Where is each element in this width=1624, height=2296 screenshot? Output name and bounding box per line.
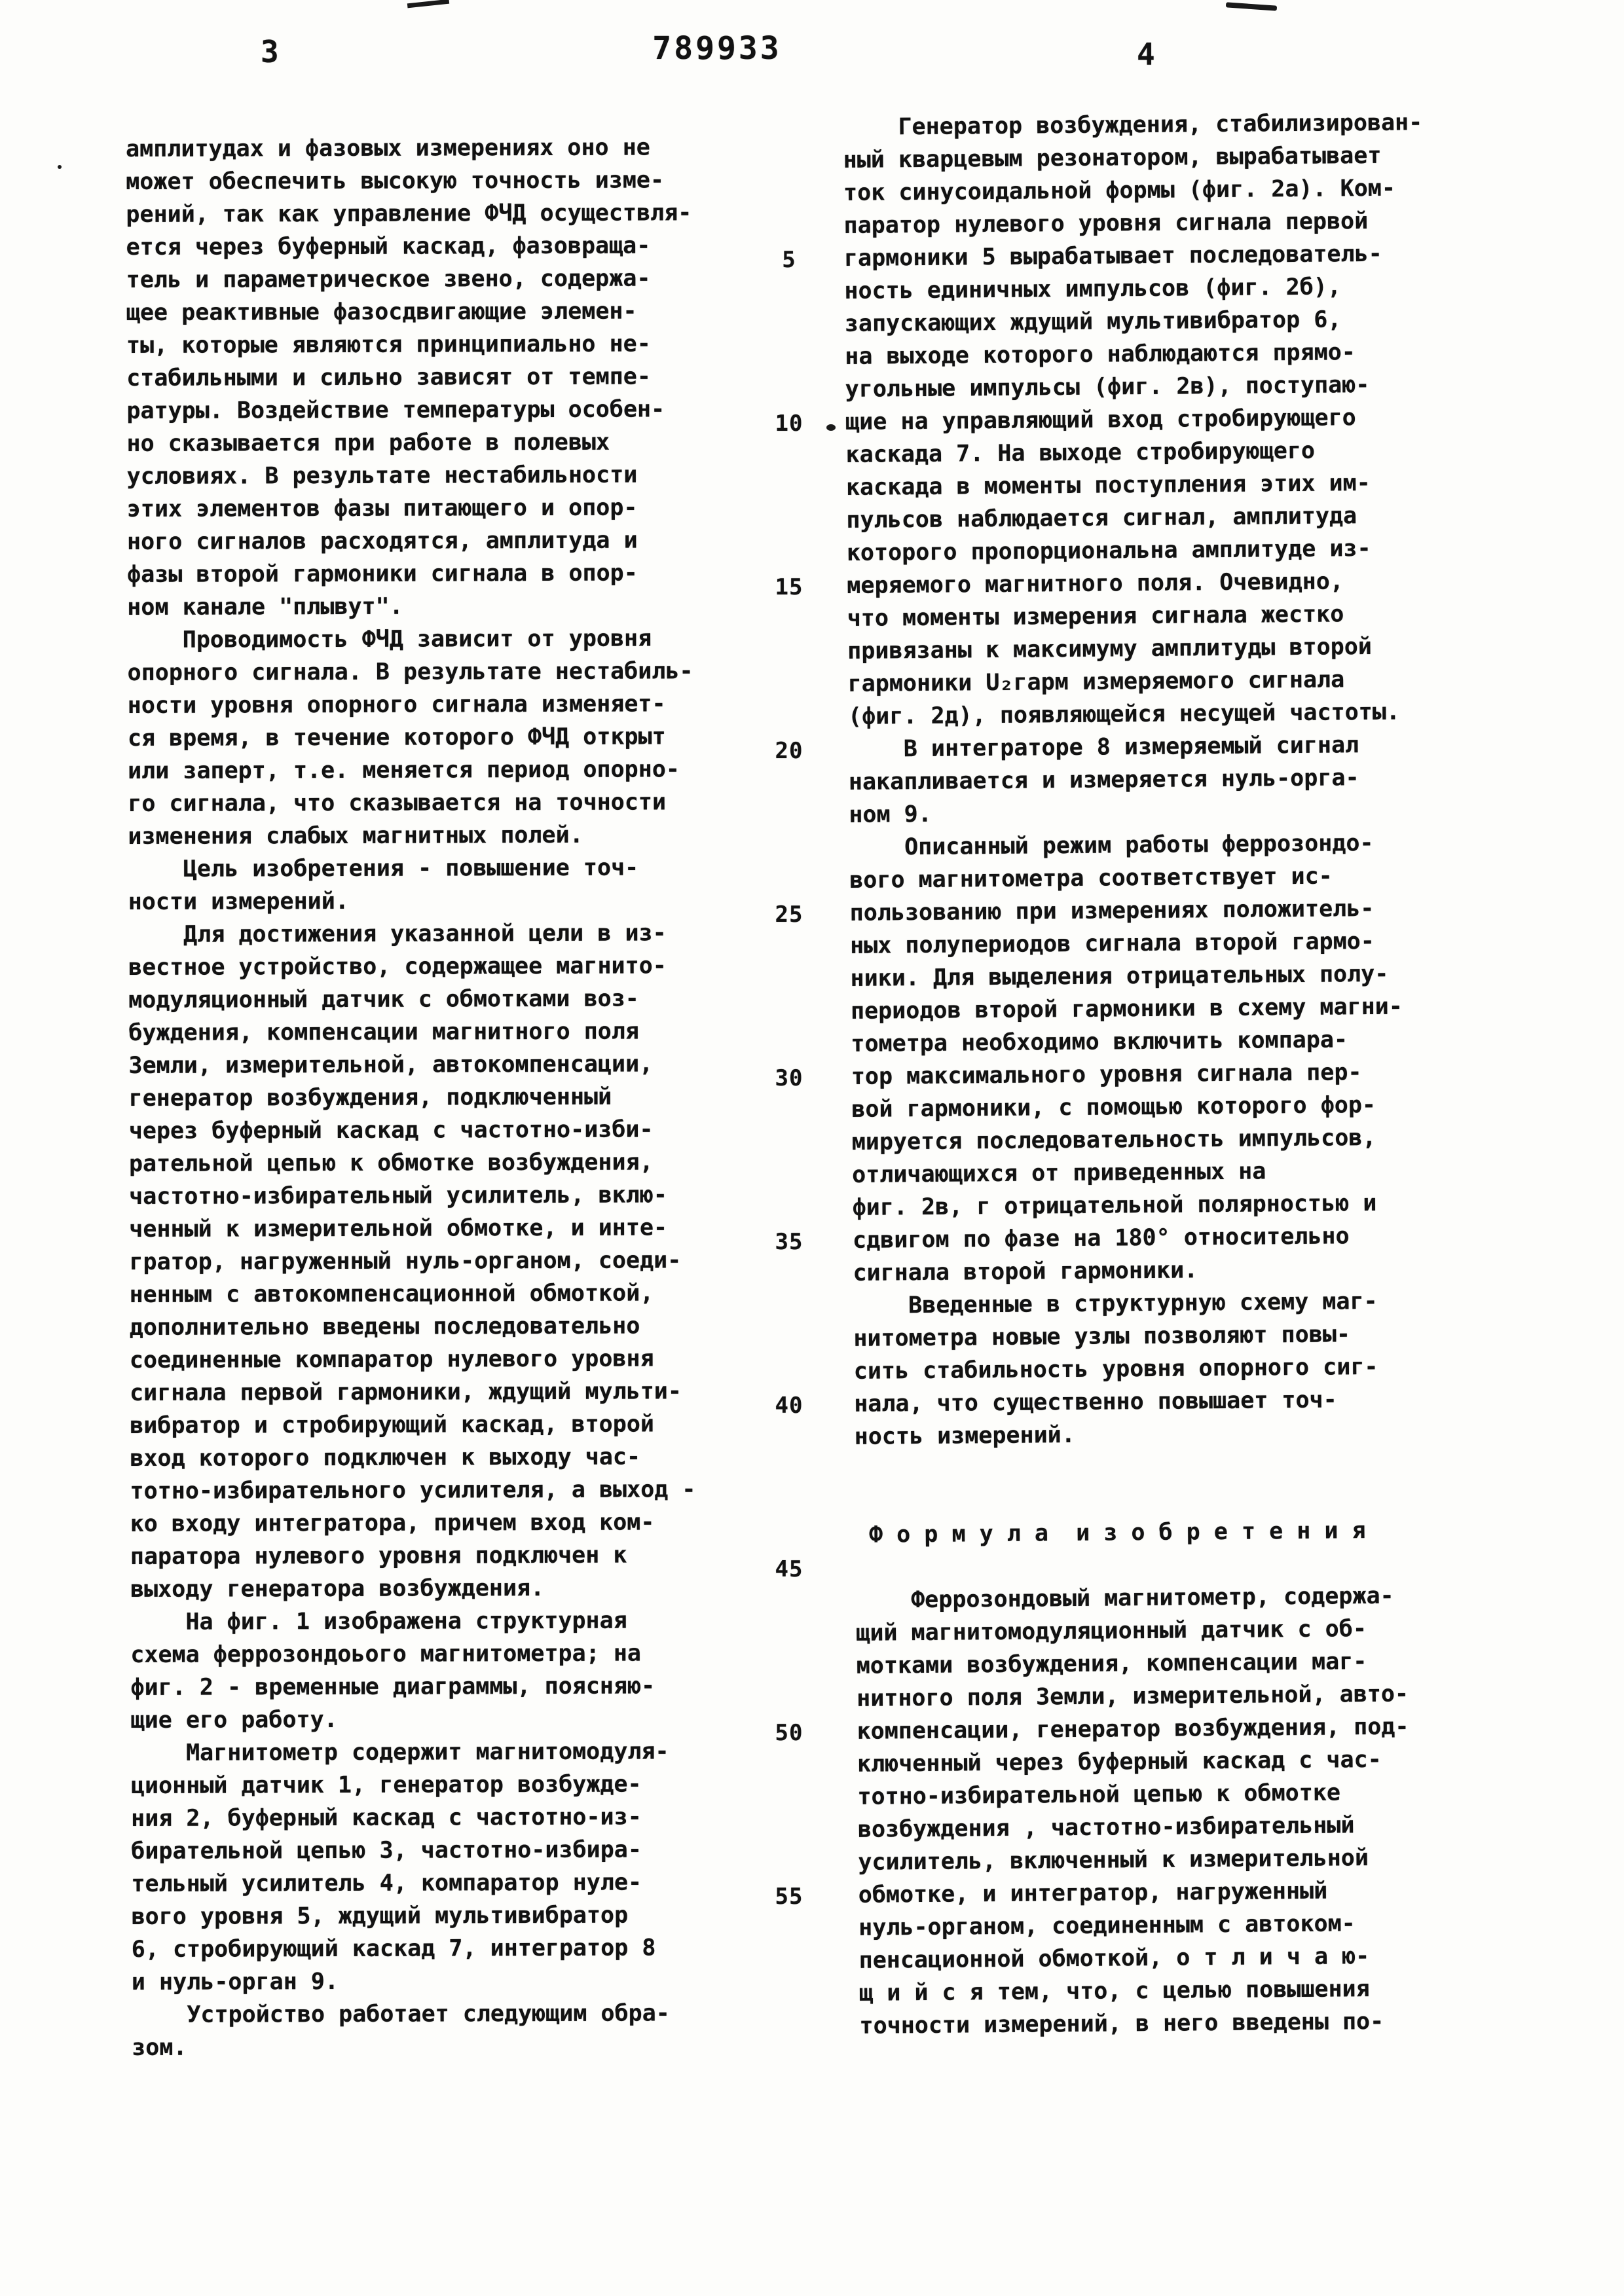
text-line: 6, стробирующий каскад 7, интегратор 8: [132, 1931, 747, 1966]
line-number-marker: 10: [753, 410, 825, 437]
text-line: ся время, в течение которого ФЧД открыт: [128, 720, 743, 755]
text-line: рений, так как управление ФЧД осуществля…: [126, 196, 741, 231]
text-line: тельный усилитель 4, компаратор нуле-: [131, 1866, 747, 1901]
text-line: ном канале "плывут".: [127, 589, 743, 624]
scan-artifact: [1226, 2, 1277, 10]
text-line: фиг. 2в, г отрицательной полярностью и: [852, 1186, 1507, 1224]
text-line: тор максимального уровня сигнала пер-: [851, 1055, 1506, 1093]
line-number-marker: 50: [753, 1720, 825, 1746]
text-line: условиях. В результате нестабильности: [127, 458, 743, 493]
gutter-line-numbers: 510152025303540455055: [753, 0, 825, 2296]
text-line: и нуль-орган 9.: [132, 1964, 747, 1999]
text-line: вой гармоники, с помощью которого фор-: [851, 1087, 1506, 1126]
text-line: ненным с автокомпенсационной обмоткой,: [129, 1277, 745, 1311]
text-line: нала, что существенно повышает точ-: [854, 1382, 1509, 1421]
text-line: Земли, измерительной, автокомпенсации,: [128, 1048, 744, 1082]
text-line: сить стабильность уровня опорного сиг-: [854, 1349, 1509, 1388]
text-line: тометра необходимо включить компара-: [851, 1022, 1505, 1061]
text-line: Ф о р м у л а и з о б р е т е н и я: [855, 1513, 1510, 1552]
line-number-marker: 20: [753, 738, 825, 764]
text-line: ности измерений.: [128, 884, 744, 919]
text-line: ность единичных импульсов (фиг. 2б),: [844, 269, 1499, 308]
text-line: Устройство работает следующим обра-: [132, 1997, 747, 2032]
text-line: ный кварцевым резонатором, вырабатывает: [843, 138, 1498, 177]
text-line: привязаны к максимуму амплитуды второй: [847, 629, 1502, 668]
line-number-marker: 55: [753, 1884, 825, 1910]
text-line: нуль-органом, соединенным с автоком-: [858, 1906, 1513, 1944]
text-line: Цель изобретения - повышение точ-: [128, 851, 743, 886]
text-line: [855, 1546, 1510, 1584]
text-line: рательной цепью к обмотке возбуждения,: [129, 1146, 745, 1180]
line-number-marker: 45: [753, 1556, 825, 1582]
scan-artifact: [407, 0, 449, 8]
text-line: (фиг. 2д), появляющейся несущей частоты.: [848, 695, 1503, 733]
text-line: соединенные компаратор нулевого уровня: [130, 1342, 745, 1377]
text-line: вого магнитометра соответствует ис-: [849, 858, 1504, 897]
scan-artifact: [826, 424, 836, 431]
text-line: нитометра новые узлы позволяют повы-: [853, 1317, 1508, 1355]
text-line: буждения, компенсации магнитного поля: [128, 1015, 744, 1049]
text-line: меряемого магнитного поля. Очевидно,: [847, 564, 1502, 602]
text-line: ники. Для выделения отрицательных полу-: [850, 957, 1505, 995]
text-line: ния 2, буферный каскад с частотно-из-: [131, 1800, 747, 1835]
text-line: сигнала второй гармоники.: [853, 1251, 1507, 1290]
text-line: Генератор возбуждения, стабилизирован-: [843, 105, 1498, 144]
text-line: Магнитометр содержит магнитомодуля-: [131, 1735, 747, 1770]
line-number-marker: 15: [753, 574, 825, 600]
text-line: Введенные в структурную схему маг-: [853, 1284, 1508, 1322]
line-number-marker: 40: [753, 1393, 825, 1419]
text-line: ность измерений.: [854, 1415, 1509, 1453]
text-line: отличающихся от приведенных на: [852, 1153, 1507, 1192]
text-line: зом.: [132, 2030, 747, 2064]
text-line: дополнительно введены последовательно: [130, 1309, 745, 1344]
text-line: генератор возбуждения, подключенный: [129, 1080, 745, 1115]
text-line: Феррозондовый магнитометр, содержа-: [856, 1578, 1511, 1617]
right-column-page-number: 4: [1137, 37, 1156, 72]
left-column-page-number: 3: [261, 34, 280, 69]
text-line: го сигнала, что сказывается на точности: [128, 786, 743, 820]
text-line: Проводимость ФЧД зависит от уровня: [127, 622, 743, 657]
text-line: опорного сигнала. В результате нестабиль…: [128, 655, 743, 689]
text-line: ных полупериодов сигнала второй гармо-: [850, 924, 1505, 962]
text-line: вход которого подключен к выходу час-: [130, 1440, 745, 1475]
text-line: ности уровня опорного сигнала изменяет-: [128, 687, 743, 722]
text-line: но сказывается при работе в полевых: [126, 426, 742, 460]
text-line: щий магнитомодуляционный датчик с об-: [856, 1611, 1511, 1650]
text-line: паратора нулевого уровня подключен к: [130, 1539, 746, 1573]
text-line: фазы второй гармоники сигнала в опор-: [127, 556, 743, 591]
text-line: компенсации, генератор возбуждения, под-: [857, 1709, 1511, 1748]
text-line: обмотке, и интегратор, нагруженный: [858, 1873, 1513, 1912]
text-line: которого пропорциональна амплитуде из-: [847, 531, 1502, 570]
text-line: или заперт, т.е. меняется период опорно-: [128, 753, 743, 788]
text-line: пенсационной обмоткой, о т л и ч а ю-: [858, 1939, 1513, 1977]
text-line: выходу генератора возбуждения.: [130, 1571, 746, 1606]
text-line: пользованию при измерениях положитель-: [849, 891, 1504, 930]
text-line: щие его работу.: [131, 1702, 747, 1737]
text-line: изменения слабых магнитных полей.: [128, 818, 743, 853]
line-number-marker: 30: [753, 1065, 825, 1091]
line-number-marker: 25: [753, 902, 825, 928]
text-line: вого уровня 5, ждущий мультивибратор: [131, 1899, 747, 1933]
text-line: точности измерений, в него введены по-: [859, 2004, 1514, 2043]
text-line: вибратор и стробирующий каскад, второй: [130, 1408, 745, 1442]
text-line: ток синусоидальной формы (фиг. 2а). Ком-: [843, 171, 1498, 210]
text-line: Для достижения указанной цели в из-: [128, 917, 744, 951]
text-line: схема феррозондоього магнитометра; на: [130, 1637, 746, 1671]
text-line: мотками возбуждения, компенсации маг-: [857, 1644, 1511, 1683]
text-line: [855, 1480, 1509, 1519]
line-number-marker: 5: [753, 247, 825, 273]
text-line: стабильными и сильно зависят от темпе-: [126, 360, 742, 395]
text-line: тотно-избирательной цепью к обмотке: [857, 1775, 1512, 1813]
text-line: сигнала первой гармоники, ждущий мульти-: [130, 1375, 745, 1410]
text-line: что моменты измерения сигнала жестко: [847, 596, 1502, 635]
text-line: щие на управляющий вход стробирующего: [845, 400, 1500, 439]
patent-document-page: 3 789933 4 амплитудах и фазовых измерени…: [0, 0, 1624, 2296]
text-line: На фиг. 1 изображена структурная: [130, 1604, 746, 1639]
text-line: угольные импульсы (фиг. 2в), поступаю-: [845, 367, 1500, 406]
text-line: щее реактивные фазосдвигающие элемен-: [126, 295, 742, 329]
text-line: частотно-избирательный усилитель, вклю-: [129, 1178, 745, 1213]
text-line: ного сигналов расходятся, амплитуда и: [127, 524, 743, 558]
text-line: ты, которые являются принципиально не-: [126, 327, 742, 362]
text-line: ратуры. Воздействие температуры особен-: [126, 393, 742, 428]
text-line: ко входу интегратора, причем вход ком-: [130, 1506, 746, 1540]
text-line: бирательной цепью 3, частотно-избира-: [131, 1833, 747, 1868]
text-line: вестное устройство, содержащее магнито-: [128, 949, 744, 984]
text-line: ется через буферный каскад, фазовраща-: [126, 229, 741, 264]
text-line: тель и параметрическое звено, содержа-: [126, 262, 742, 297]
text-line: паратор нулевого уровня сигнала первой: [843, 204, 1498, 242]
text-line: периодов второй гармоники в схему магни-: [851, 989, 1505, 1028]
text-line: может обеспечить высокую точность изме-: [126, 164, 741, 198]
text-line: гармоники 5 вырабатывает последователь-: [844, 236, 1499, 275]
text-line: ционный датчик 1, генератор возбужде-: [131, 1768, 747, 1802]
text-line: амплитудах и фазовых измерениях оно не: [126, 131, 741, 166]
text-line: этих элементов фазы питающего и опор-: [127, 491, 743, 526]
text-line: через буферный каскад с частотно-изби-: [129, 1113, 745, 1148]
text-line: нитного поля Земли, измерительной, авто-: [857, 1677, 1511, 1715]
text-line: Описанный режим работы феррозондо-: [849, 826, 1504, 864]
text-line: накапливается и измеряется нуль-орга-: [849, 760, 1504, 799]
text-line: В интеграторе 8 измеряемый сигнал: [848, 727, 1503, 766]
left-text-column: амплитудах и фазовых измерениях оно немо…: [126, 131, 747, 2064]
text-line: сдвигом по фазе на 180° относительно: [853, 1218, 1507, 1257]
scan-artifact: [58, 165, 62, 169]
text-line: на выходе которого наблюдаются прямо-: [845, 335, 1500, 373]
text-line: гратор, нагруженный нуль-органом, соеди-: [129, 1244, 745, 1279]
text-line: щ и й с я тем, что, с целью повышения: [859, 1971, 1514, 2010]
right-text-column: Генератор возбуждения, стабилизирован-ны…: [843, 105, 1515, 2043]
text-line: модуляционный датчик с обмотками воз-: [128, 982, 744, 1017]
text-line: гармоники U₂гарм измеряемого сигнала: [847, 662, 1502, 701]
text-line: каскада в моменты поступления этих им-: [846, 465, 1501, 504]
line-number-marker: 35: [753, 1229, 825, 1255]
text-line: [855, 1448, 1509, 1486]
text-line: ченный к измерительной обмотке, и инте-: [129, 1211, 745, 1246]
text-line: запускающих ждущий мультивибратор 6,: [845, 302, 1500, 340]
text-line: фиг. 2 - временные диаграммы, поясняю-: [130, 1669, 746, 1704]
text-line: мируется последовательность импульсов,: [852, 1120, 1507, 1159]
text-line: возбуждения , частотно-избирательный: [858, 1808, 1513, 1846]
text-line: каскада 7. На выходе стробирующего: [845, 433, 1500, 471]
text-line: тотно-избирательного усилителя, а выход …: [130, 1473, 745, 1508]
text-line: ном 9.: [849, 793, 1504, 831]
text-line: пульсов наблюдается сигнал, амплитуда: [846, 498, 1501, 537]
text-line: ключенный через буферный каскад с час-: [857, 1742, 1512, 1781]
text-line: усилитель, включенный к измерительной: [858, 1840, 1513, 1879]
